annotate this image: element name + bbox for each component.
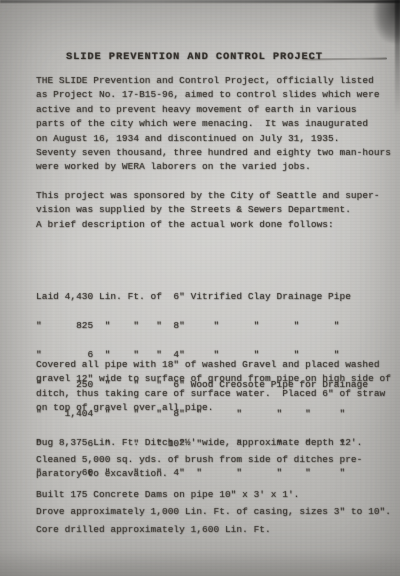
sponsor-paragraph: This project was sponsored by the City o… bbox=[36, 189, 382, 232]
table-row: Laid 4,430 Lin. Ft. of 6" Vitrified Clay… bbox=[36, 292, 382, 302]
intro-paragraph: THE SLIDE Prevention and Control Project… bbox=[36, 74, 382, 175]
scan-right-edge-streak bbox=[395, 0, 400, 115]
drove-casing-line: Drove approximately 1,000 Lin. Ft. of ca… bbox=[36, 505, 382, 519]
scan-bottom-shade bbox=[0, 550, 400, 576]
dug-ditch-line: Dug 8,375 Lin. Ft. Ditch 2½' wide, appro… bbox=[36, 436, 382, 450]
scan-top-edge-artifact bbox=[0, 0, 400, 3]
table-row: " 825 " " " 8" " " " " bbox=[36, 321, 382, 331]
page-title: SLIDE PREVENTION AND CONTROL PROJECT bbox=[66, 50, 382, 64]
cleaned-brush-paragraph: Cleaned 5,000 sq. yds. of brush from sid… bbox=[36, 453, 382, 482]
scanned-document-page: SLIDE PREVENTION AND CONTROL PROJECT THE… bbox=[0, 0, 400, 576]
covered-pipe-paragraph: Covered all pipe with 18" of washed Grav… bbox=[36, 358, 382, 416]
built-dams-line: Built 175 Concrete Dams on pipe 10" x 3'… bbox=[36, 488, 382, 502]
core-drilled-line: Core drilled approximately 1,600 Lin. Ft… bbox=[36, 523, 382, 537]
